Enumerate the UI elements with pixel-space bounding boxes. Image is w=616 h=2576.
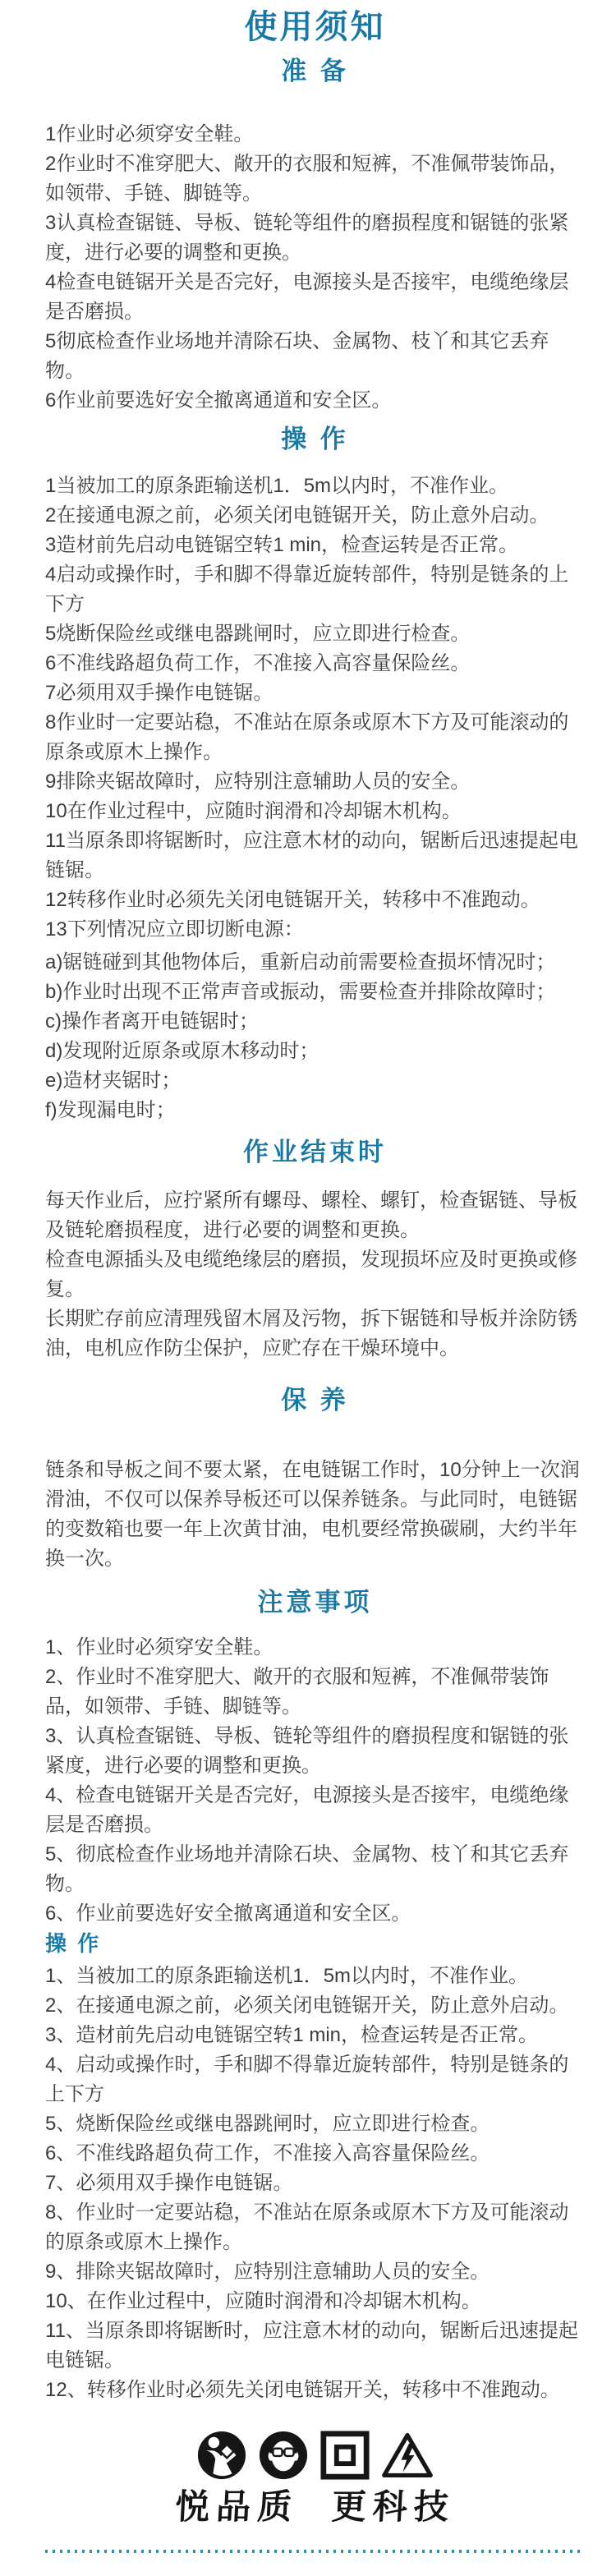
after-work-paragraphs: 每天作业后，应拧紧所有螺母、螺栓、螺钉，检查锯链、导板及链轮磨损程度，进行必要的… (45, 1186, 585, 1364)
safety-icons-row (45, 2430, 585, 2481)
section-heading-precautions: 注意事项 (45, 1585, 585, 1620)
list-item: 长期贮存前应清理残留木屑及污物，拆下锯链和导板并涂防锈油，电机应作防尘保护，应贮… (45, 1304, 585, 1364)
list-item: 5、烧断保险丝或继电器跳闸时，应立即进行检查。 (45, 2109, 585, 2139)
dotted-divider (45, 2550, 585, 2553)
list-item: 5、彻底检查作业场地并清除石块、金属物、枝丫和其它丢弃物。 (45, 1840, 585, 1899)
list-item: 3、认真检查锯链、导板、链轮等组件的磨损程度和锯链的张紧度，进行必要的调整和更换… (45, 1722, 585, 1781)
list-item: 11、当原条即将锯断时，应注意木材的动向，锯断后迅速提起电链锯。 (45, 2316, 585, 2376)
usage-notice-page: 使用须知 准 备 1作业时必须穿安全鞋。2作业时不准穿肥大、敞开的衣服和短裤，不… (0, 7, 616, 2576)
list-item: 1当被加工的原条距输送机1．5m以内时，不准作业。 (45, 471, 585, 501)
list-item: 每天作业后，应拧紧所有螺母、螺栓、螺钉，检查锯链、导板及链轮磨损程度，进行必要的… (45, 1186, 585, 1245)
brand-slogan: 悦品质 更科技 (44, 2486, 586, 2528)
list-item: 3认真检查锯链、导板、链轮等组件的磨损程度和锯链的张紧度，进行必要的调整和更换。 (45, 209, 585, 268)
section-heading-after-work: 作业结束时 (45, 1135, 585, 1170)
list-item: 1、作业时必须穿安全鞋。 (45, 1633, 585, 1663)
list-item: 6、作业前要选好安全撤离通道和安全区。 (45, 1899, 585, 1929)
preparation-list: 1作业时必须穿安全鞋。2作业时不准穿肥大、敞开的衣服和短裤，不准佩带装饰品，如领… (45, 120, 585, 416)
list-item: 4启动或操作时，手和脚不得靠近旋转部件，特别是链条的上下方 (45, 560, 585, 619)
list-item: d)发现附近原条或原木移动时； (45, 1037, 585, 1066)
section-heading-operation: 操 作 (45, 422, 585, 457)
list-item: 1作业时必须穿安全鞋。 (45, 120, 585, 149)
read-manual-icon (196, 2430, 247, 2481)
precautions-list: 1、作业时必须穿安全鞋。2、作业时不准穿肥大、敞开的衣服和短裤，不准佩带装饰品，… (45, 1633, 585, 1929)
power-off-cases-list: a)锯链碰到其他物体后，重新启动前需要检查损坏情况时；b)作业时出现不正常声音或… (45, 948, 585, 1125)
list-item: 5烧断保险丝或继电器跳闸时，应立即进行检查。 (45, 619, 585, 649)
list-item: 12、转移作业时必须先关闭电链锯开关，转移中不准跑动。 (45, 2376, 585, 2405)
electric-hazard-icon (381, 2430, 434, 2481)
list-item: 3造材前先启动电链锯空转1 min，检查运转是否正常。 (45, 531, 585, 560)
list-item: 1、当被加工的原条距输送机1．5m以内时，不准作业。 (45, 1962, 585, 1991)
precautions-operation-subheading: 操 作 (45, 1929, 585, 1958)
eye-protection-icon (258, 2430, 309, 2481)
list-item: b)作业时出现不正常声音或振动，需要检查并排除故障时； (45, 977, 585, 1007)
list-item: 4、启动或操作时，手和脚不得靠近旋转部件，特别是链条的上下方 (45, 2050, 585, 2109)
list-item: 4、检查电链锯开关是否完好，电源接头是否接牢，电缆绝缘层是否磨损。 (45, 1781, 585, 1840)
list-item: 9排除夹锯故障时，应特别注意辅助人员的安全。 (45, 767, 585, 797)
list-item: e)造材夹锯时； (45, 1066, 585, 1096)
list-item: 2、作业时不准穿肥大、敞开的衣服和短裤，不准佩带装饰品，如领带、手链、脚链等。 (45, 1663, 585, 1722)
list-item: 检查电源插头及电缆绝缘层的磨损，发现损坏应及时更换或修复。 (45, 1245, 585, 1304)
list-item: 2、在接通电源之前，必须关闭电链锯开关，防止意外启动。 (45, 1991, 585, 2021)
list-item: 9、排除夹锯故障时，应特别注意辅助人员的安全。 (45, 2257, 585, 2287)
section-heading-preparation: 准 备 (45, 54, 585, 89)
list-item: 2作业时不准穿肥大、敞开的衣服和短裤，不准佩带装饰品，如领带、手链、脚链等。 (45, 149, 585, 209)
list-item: 5彻底检查作业场地并清除石块、金属物、枝丫和其它丢弃物。 (45, 327, 585, 386)
list-item: 2在接通电源之前，必须关闭电链锯开关，防止意外启动。 (45, 501, 585, 531)
list-item: 6不准线路超负荷工作，不准接入高容量保险丝。 (45, 649, 585, 678)
list-item: 8、作业时一定要站稳，不准站在原条或原木下方及可能滚动的原条或原木上操作。 (45, 2198, 585, 2257)
page-title: 使用须知 (45, 7, 585, 48)
list-item: 6、不准线路超负荷工作，不准接入高容量保险丝。 (45, 2139, 585, 2169)
list-item: 12转移作业时必须先关闭电链锯开关，转移中不准跑动。 (45, 885, 585, 915)
list-item: 链条和导板之间不要太紧，在电链锯工作时，10分钟上一次润滑油，不仅可以保养导板还… (45, 1456, 585, 1574)
list-item: 10在作业过程中，应随时润滑和冷却锯木机构。 (45, 797, 585, 826)
list-item: 8作业时一定要站稳，不准站在原条或原木下方及可能滚动的原条或原木上操作。 (45, 708, 585, 767)
precautions-operation-list: 1、当被加工的原条距输送机1．5m以内时，不准作业。2、在接通电源之前，必须关闭… (45, 1962, 585, 2405)
section-heading-maintenance: 保 养 (45, 1383, 585, 1418)
list-item: 11当原条即将锯断时，应注意木材的动向，锯断后迅速提起电链锯。 (45, 826, 585, 885)
list-item: c)操作者离开电链锯时； (45, 1007, 585, 1037)
list-item: 7、必须用双手操作电链锯。 (45, 2169, 585, 2198)
list-item: 6作业前要选好安全撤离通道和安全区。 (45, 386, 585, 416)
list-item: 4检查电链锯开关是否完好，电源接头是否接牢，电缆绝缘层是否磨损。 (45, 268, 585, 327)
double-insulation-icon (319, 2430, 370, 2481)
list-item: f)发现漏电时； (45, 1096, 585, 1125)
list-item: 7必须用双手操作电链锯。 (45, 678, 585, 708)
maintenance-paragraphs: 链条和导板之间不要太紧，在电链锯工作时，10分钟上一次润滑油，不仅可以保养导板还… (45, 1456, 585, 1574)
operation-list: 1当被加工的原条距输送机1．5m以内时，不准作业。2在接通电源之前，必须关闭电链… (45, 471, 585, 945)
list-item: 13下列情况应立即切断电源： (45, 915, 585, 945)
list-item: 3、造材前先启动电链锯空转1 min，检查运转是否正常。 (45, 2021, 585, 2050)
list-item: a)锯链碰到其他物体后，重新启动前需要检查损坏情况时； (45, 948, 585, 977)
list-item: 10、在作业过程中，应随时润滑和冷却锯木机构。 (45, 2287, 585, 2316)
